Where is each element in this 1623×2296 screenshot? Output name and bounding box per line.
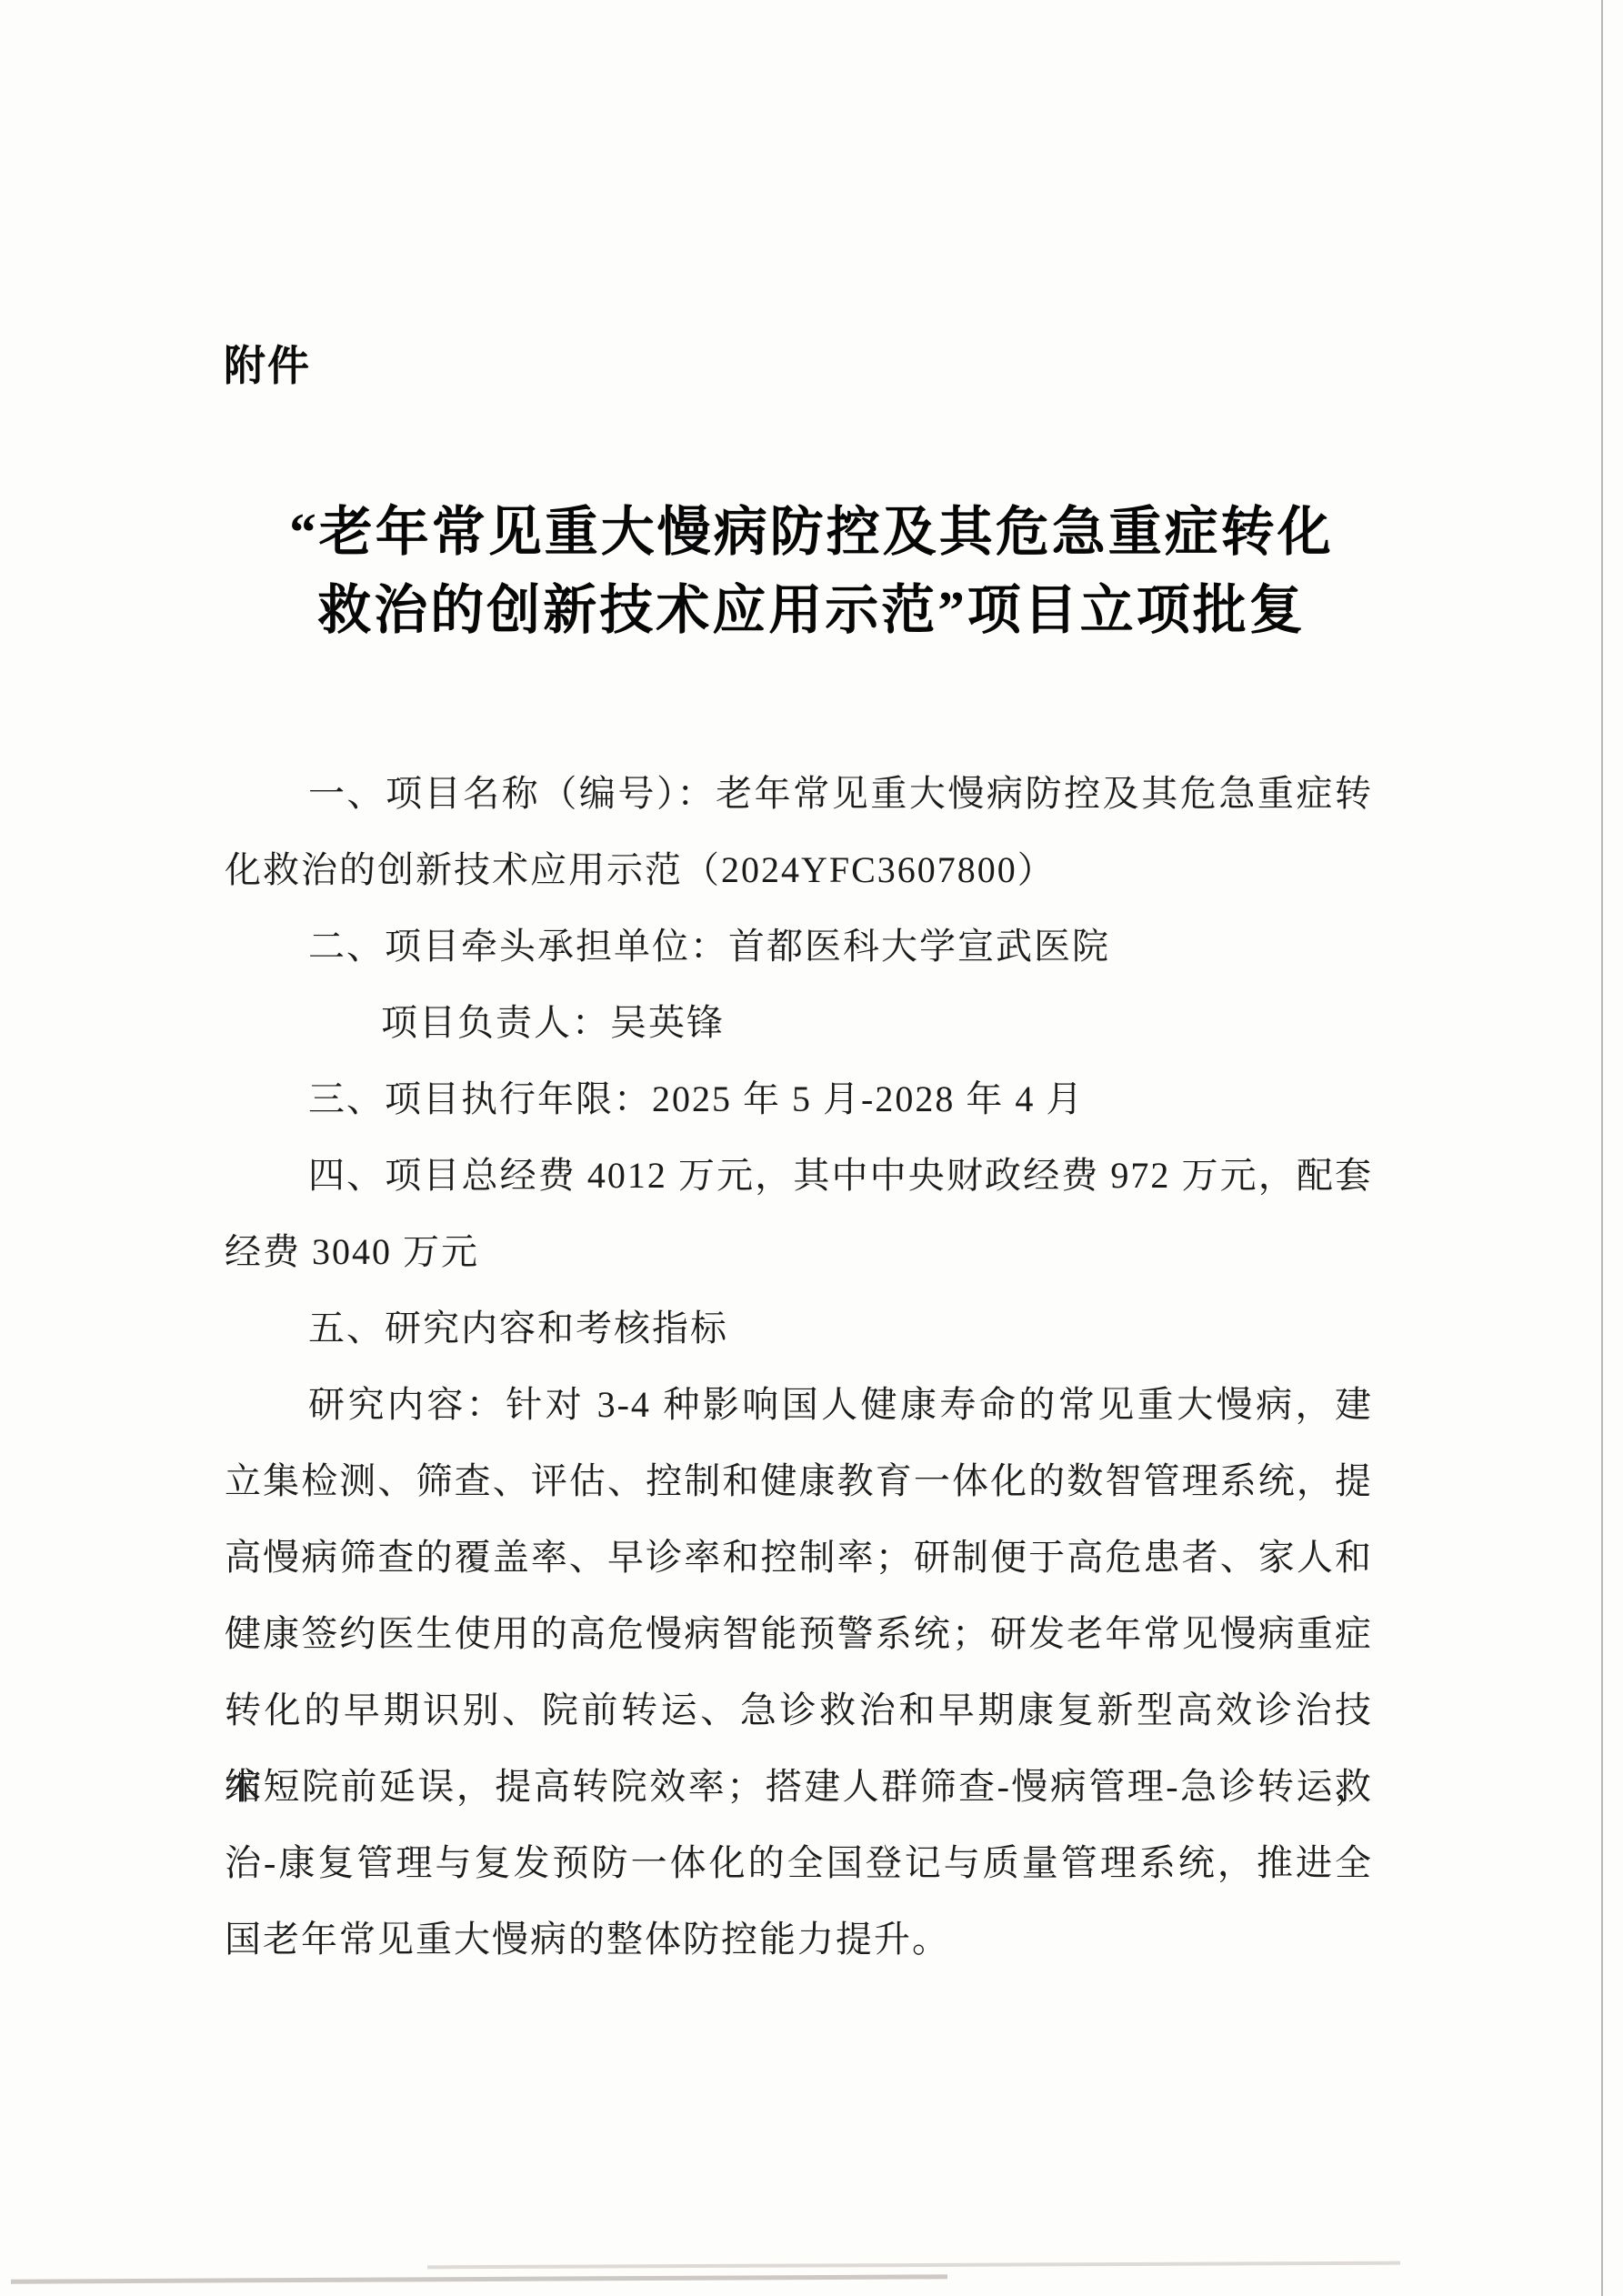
body-line-budget-cont: 经费 3040 万元	[225, 1214, 1373, 1290]
document-title-line-1: “老年常见重大慢病防控及其危急重症转化	[0, 493, 1623, 571]
body-line-research-content-7: 治-康复管理与复发预防一体化的全国登记与质量管理系统，推进全	[225, 1825, 1373, 1901]
document-body: 一、项目名称（编号）：老年常见重大慢病防控及其危急重症转 化救治的创新技术应用示…	[225, 756, 1373, 1978]
scan-edge-artifact	[1601, 0, 1603, 2296]
body-line-project-name: 一、项目名称（编号）：老年常见重大慢病防控及其危急重症转	[225, 756, 1373, 832]
body-line-research-content-3: 高慢病筛查的覆盖率、早诊率和控制率；研制便于高危患者、家人和	[225, 1519, 1373, 1596]
body-line-research-content-2: 立集检测、筛查、评估、控制和健康教育一体化的数智管理系统，提	[225, 1443, 1373, 1519]
scanned-document-page: 附件 “老年常见重大慢病防控及其危急重症转化 救治的创新技术应用示范”项目立项批…	[0, 0, 1623, 2296]
scan-shadow-artifact	[11, 2274, 947, 2283]
body-line-budget: 四、项目总经费 4012 万元，其中中央财政经费 972 万元，配套	[225, 1138, 1373, 1214]
body-line-project-name-cont: 化救治的创新技术应用示范（2024YFC3607800）	[225, 832, 1373, 908]
document-title: “老年常见重大慢病防控及其危急重症转化 救治的创新技术应用示范”项目立项批复	[0, 493, 1623, 649]
body-line-research-content-4: 健康签约医生使用的高危慢病智能预警系统；研发老年常见慢病重症	[225, 1596, 1373, 1672]
body-line-lead-unit: 二、项目牵头承担单位：首都医科大学宣武医院	[225, 908, 1373, 985]
body-line-research-content-1: 研究内容：针对 3-4 种影响国人健康寿命的常见重大慢病，建	[225, 1367, 1373, 1443]
body-line-project-leader: 项目负责人：吴英锋	[225, 985, 1373, 1061]
scan-shadow-artifact	[427, 2261, 1400, 2270]
document-title-line-2: 救治的创新技术应用示范”项目立项批复	[0, 571, 1623, 649]
attachment-label: 附件	[224, 333, 311, 393]
body-line-project-duration: 三、项目执行年限：2025 年 5 月-2028 年 4 月	[225, 1061, 1373, 1138]
body-line-research-content-8: 国老年常见重大慢病的整体防控能力提升。	[225, 1901, 1373, 1978]
body-line-research-content-5: 转化的早期识别、院前转运、急诊救治和早期康复新型高效诊治技术，	[225, 1672, 1373, 1749]
body-line-research-heading: 五、研究内容和考核指标	[225, 1290, 1373, 1367]
body-line-research-content-6: 缩短院前延误，提高转院效率；搭建人群筛查-慢病管理-急诊转运救	[225, 1749, 1373, 1825]
